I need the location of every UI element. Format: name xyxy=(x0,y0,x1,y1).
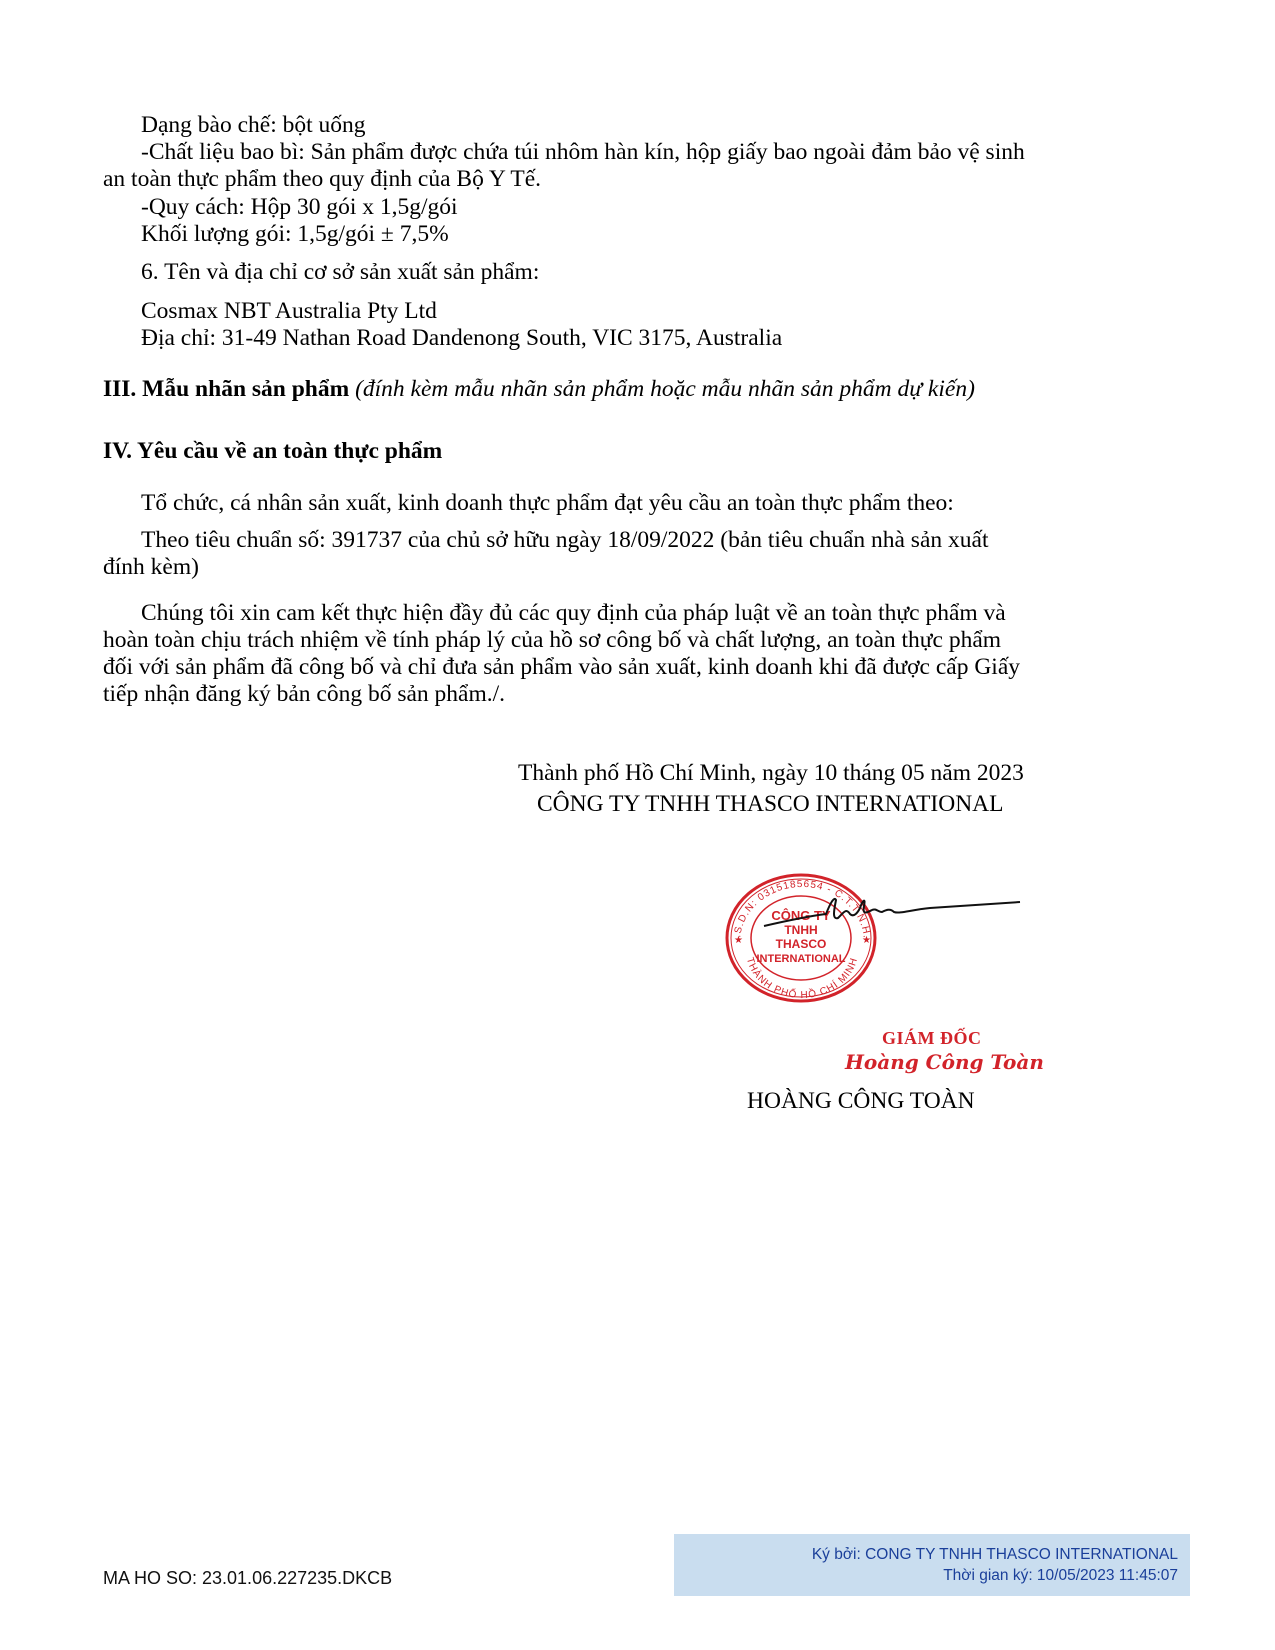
section-4-para-2-line-1: Theo tiêu chuẩn số: 391737 của chủ sở hữ… xyxy=(141,527,988,554)
director-printed-name: HOÀNG CÔNG TOÀN xyxy=(747,1088,975,1115)
section-3-note: (đính kèm mẫu nhãn sản phẩm hoặc mẫu nhã… xyxy=(355,376,975,402)
packaging-line-2: an toàn thực phẩm theo quy định của Bộ Y… xyxy=(103,166,541,193)
section-4-para-1: Tổ chức, cá nhân sản xuất, kinh doanh th… xyxy=(141,490,954,517)
svg-text:THASCO: THASCO xyxy=(776,937,827,951)
document-page: Dạng bào chế: bột uống -Chất liệu bao bì… xyxy=(0,0,1275,1650)
handwritten-signature-icon xyxy=(760,890,1025,935)
packaging-line-1: -Chất liệu bao bì: Sản phẩm được chứa tú… xyxy=(141,139,1025,166)
item-6-title: 6. Tên và địa chỉ cơ sở sản xuất sản phẩ… xyxy=(141,259,539,286)
place-date: Thành phố Hồ Chí Minh, ngày 10 tháng 05 … xyxy=(518,760,1024,787)
section-4-heading: IV. Yêu cầu về an toàn thực phẩm xyxy=(103,438,442,465)
commitment-line-1: Chúng tôi xin cam kết thực hiện đầy đủ c… xyxy=(141,600,1006,627)
commitment-line-2: hoàn toàn chịu trách nhiệm về tính pháp … xyxy=(103,627,1001,654)
esign-time: Thời gian ký: 10/05/2023 11:45:07 xyxy=(674,1565,1178,1586)
spec-line: -Quy cách: Hộp 30 gói x 1,5g/gói xyxy=(141,194,458,221)
svg-text:INTERNATIONAL: INTERNATIONAL xyxy=(756,953,845,965)
commitment-line-4: tiếp nhận đăng ký bản công bố sản phẩm./… xyxy=(103,681,505,708)
svg-text:★: ★ xyxy=(734,935,743,946)
manufacturer-name: Cosmax NBT Australia Pty Ltd xyxy=(141,298,437,325)
section-3-heading: III. Mẫu nhãn sản phẩm xyxy=(103,376,349,402)
section-4-para-2-line-2: đính kèm) xyxy=(103,554,199,581)
commitment-line-3: đối với sản phẩm đã công bố và chỉ đưa s… xyxy=(103,654,1020,681)
section-3-heading-row: III. Mẫu nhãn sản phẩm (đính kèm mẫu nhã… xyxy=(103,376,975,403)
dossier-code: MA HO SO: 23.01.06.227235.DKCB xyxy=(103,1568,392,1589)
esign-signed-by: Ký bởi: CONG TY TNHH THASCO INTERNATIONA… xyxy=(674,1544,1178,1565)
dosage-form: Dạng bào chế: bột uống xyxy=(141,112,366,139)
company-name: CÔNG TY TNHH THASCO INTERNATIONAL xyxy=(537,791,1004,818)
manufacturer-address: Địa chỉ: 31-49 Nathan Road Dandenong Sou… xyxy=(141,325,782,352)
digital-signature-box: Ký bởi: CONG TY TNHH THASCO INTERNATIONA… xyxy=(674,1534,1190,1596)
director-cursive-name: Hoàng Công Toàn xyxy=(845,1050,1044,1074)
director-title: GIÁM ĐỐC xyxy=(882,1028,982,1049)
svg-text:★: ★ xyxy=(862,935,871,946)
weight-line: Khối lượng gói: 1,5g/gói ± 7,5% xyxy=(141,221,449,248)
